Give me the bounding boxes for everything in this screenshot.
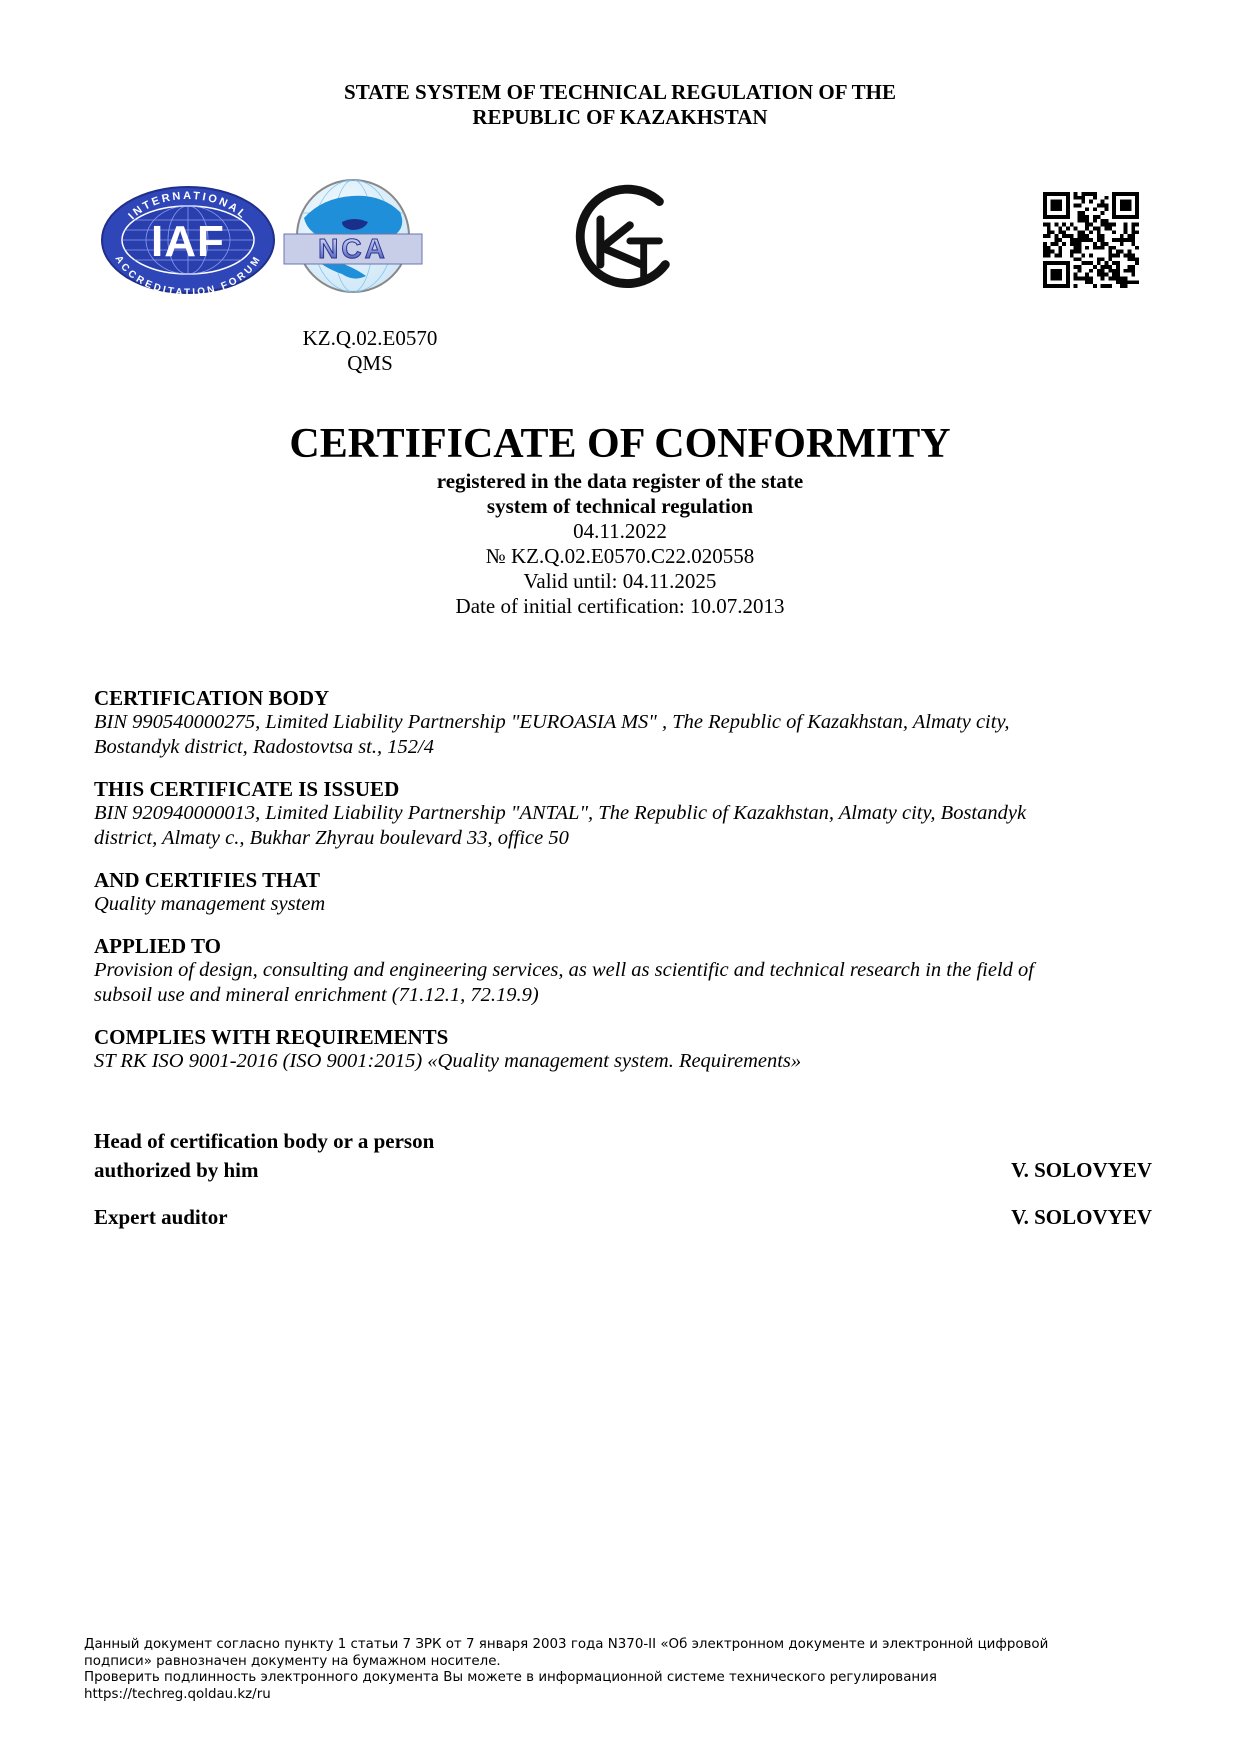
head-signature-name: V. SOLOVYEV bbox=[1011, 1156, 1152, 1185]
registered-line-2: system of technical regulation bbox=[0, 494, 1240, 519]
signature-block: Head of certification body or a person a… bbox=[94, 1127, 1152, 1232]
legal-footer: Данный документ согласно пункту 1 статьи… bbox=[84, 1637, 1164, 1703]
section-text: Bostandyk district, Radostovtsa st., 152… bbox=[94, 735, 1154, 760]
section-text: BIN 920940000013, Limited Liability Part… bbox=[94, 801, 1154, 826]
head-label-line2: authorized by him bbox=[94, 1156, 434, 1185]
head-label-line1: Head of certification body or a person bbox=[94, 1127, 434, 1156]
head-signature-label: Head of certification body or a person a… bbox=[94, 1127, 434, 1185]
footer-line-1: Данный документ согласно пункту 1 статьи… bbox=[84, 1637, 1164, 1654]
svg-text:IAF: IAF bbox=[151, 217, 225, 266]
section-heading: AND CERTIFIES THAT bbox=[94, 868, 1154, 892]
registered-line-1: registered in the data register of the s… bbox=[0, 469, 1240, 494]
issuing-authority-line2: REPUBLIC OF KAZAKHSTAN bbox=[0, 105, 1240, 130]
section-certifies-that: AND CERTIFIES THAT Quality management sy… bbox=[94, 868, 1154, 917]
section-certificate-issued: THIS CERTIFICATE IS ISSUED BIN 920940000… bbox=[94, 777, 1154, 851]
auditor-signature-label: Expert auditor bbox=[94, 1203, 228, 1232]
accreditation-scheme: QMS bbox=[270, 351, 470, 376]
svg-text:NCA: NCA bbox=[318, 233, 388, 264]
section-text: Quality management system bbox=[94, 892, 1154, 917]
accreditation-code: KZ.Q.02.E0570 QMS bbox=[270, 326, 470, 376]
certificate-registration-info: registered in the data register of the s… bbox=[0, 469, 1240, 619]
section-heading: APPLIED TO bbox=[94, 934, 1154, 958]
issue-date: 04.11.2022 bbox=[0, 519, 1240, 544]
section-text: district, Almaty c., Bukhar Zhyrau boule… bbox=[94, 826, 1154, 851]
iaf-logo-icon: IAF INTERNATIONAL ACCREDITATION FORUM bbox=[100, 185, 276, 295]
section-complies-with: COMPLIES WITH REQUIREMENTS ST RK ISO 900… bbox=[94, 1025, 1154, 1074]
certificate-title: CERTIFICATE OF CONFORMITY bbox=[0, 420, 1240, 468]
kazakhstan-conformity-mark-icon bbox=[565, 180, 683, 298]
certificate-number: № KZ.Q.02.E0570.C22.020558 bbox=[0, 544, 1240, 569]
section-heading: CERTIFICATION BODY bbox=[94, 686, 1154, 710]
section-heading: COMPLIES WITH REQUIREMENTS bbox=[94, 1025, 1154, 1049]
accreditation-number: KZ.Q.02.E0570 bbox=[270, 326, 470, 351]
footer-line-3: Проверить подлинность электронного докум… bbox=[84, 1670, 1164, 1687]
qr-code-icon[interactable] bbox=[1043, 192, 1139, 288]
verification-link[interactable]: https://techreg.qoldau.kz/ru bbox=[84, 1687, 1164, 1704]
section-text: Provision of design, consulting and engi… bbox=[94, 958, 1154, 983]
valid-until: Valid until: 04.11.2025 bbox=[0, 569, 1240, 594]
section-text: subsoil use and mineral enrichment (71.1… bbox=[94, 983, 1154, 1008]
section-certification-body: CERTIFICATION BODY BIN 990540000275, Lim… bbox=[94, 686, 1154, 760]
head-signature-row: Head of certification body or a person a… bbox=[94, 1127, 1152, 1185]
footer-line-2: подписи» равнозначен документу на бумажн… bbox=[84, 1654, 1164, 1671]
certificate-sections: CERTIFICATION BODY BIN 990540000275, Lim… bbox=[94, 686, 1154, 1091]
auditor-signature-row: Expert auditor V. SOLOVYEV bbox=[94, 1203, 1152, 1232]
section-text: ST RK ISO 9001-2016 (ISO 9001:2015) «Qua… bbox=[94, 1049, 1154, 1074]
section-heading: THIS CERTIFICATE IS ISSUED bbox=[94, 777, 1154, 801]
initial-certification-date: Date of initial certification: 10.07.201… bbox=[0, 594, 1240, 619]
auditor-signature-name: V. SOLOVYEV bbox=[1011, 1203, 1152, 1232]
section-text: BIN 990540000275, Limited Liability Part… bbox=[94, 710, 1154, 735]
issuing-authority-title: STATE SYSTEM OF TECHNICAL REGULATION OF … bbox=[0, 80, 1240, 130]
nca-logo-icon: NCA bbox=[282, 178, 424, 298]
section-applied-to: APPLIED TO Provision of design, consulti… bbox=[94, 934, 1154, 1008]
issuing-authority-line1: STATE SYSTEM OF TECHNICAL REGULATION OF … bbox=[0, 80, 1240, 105]
